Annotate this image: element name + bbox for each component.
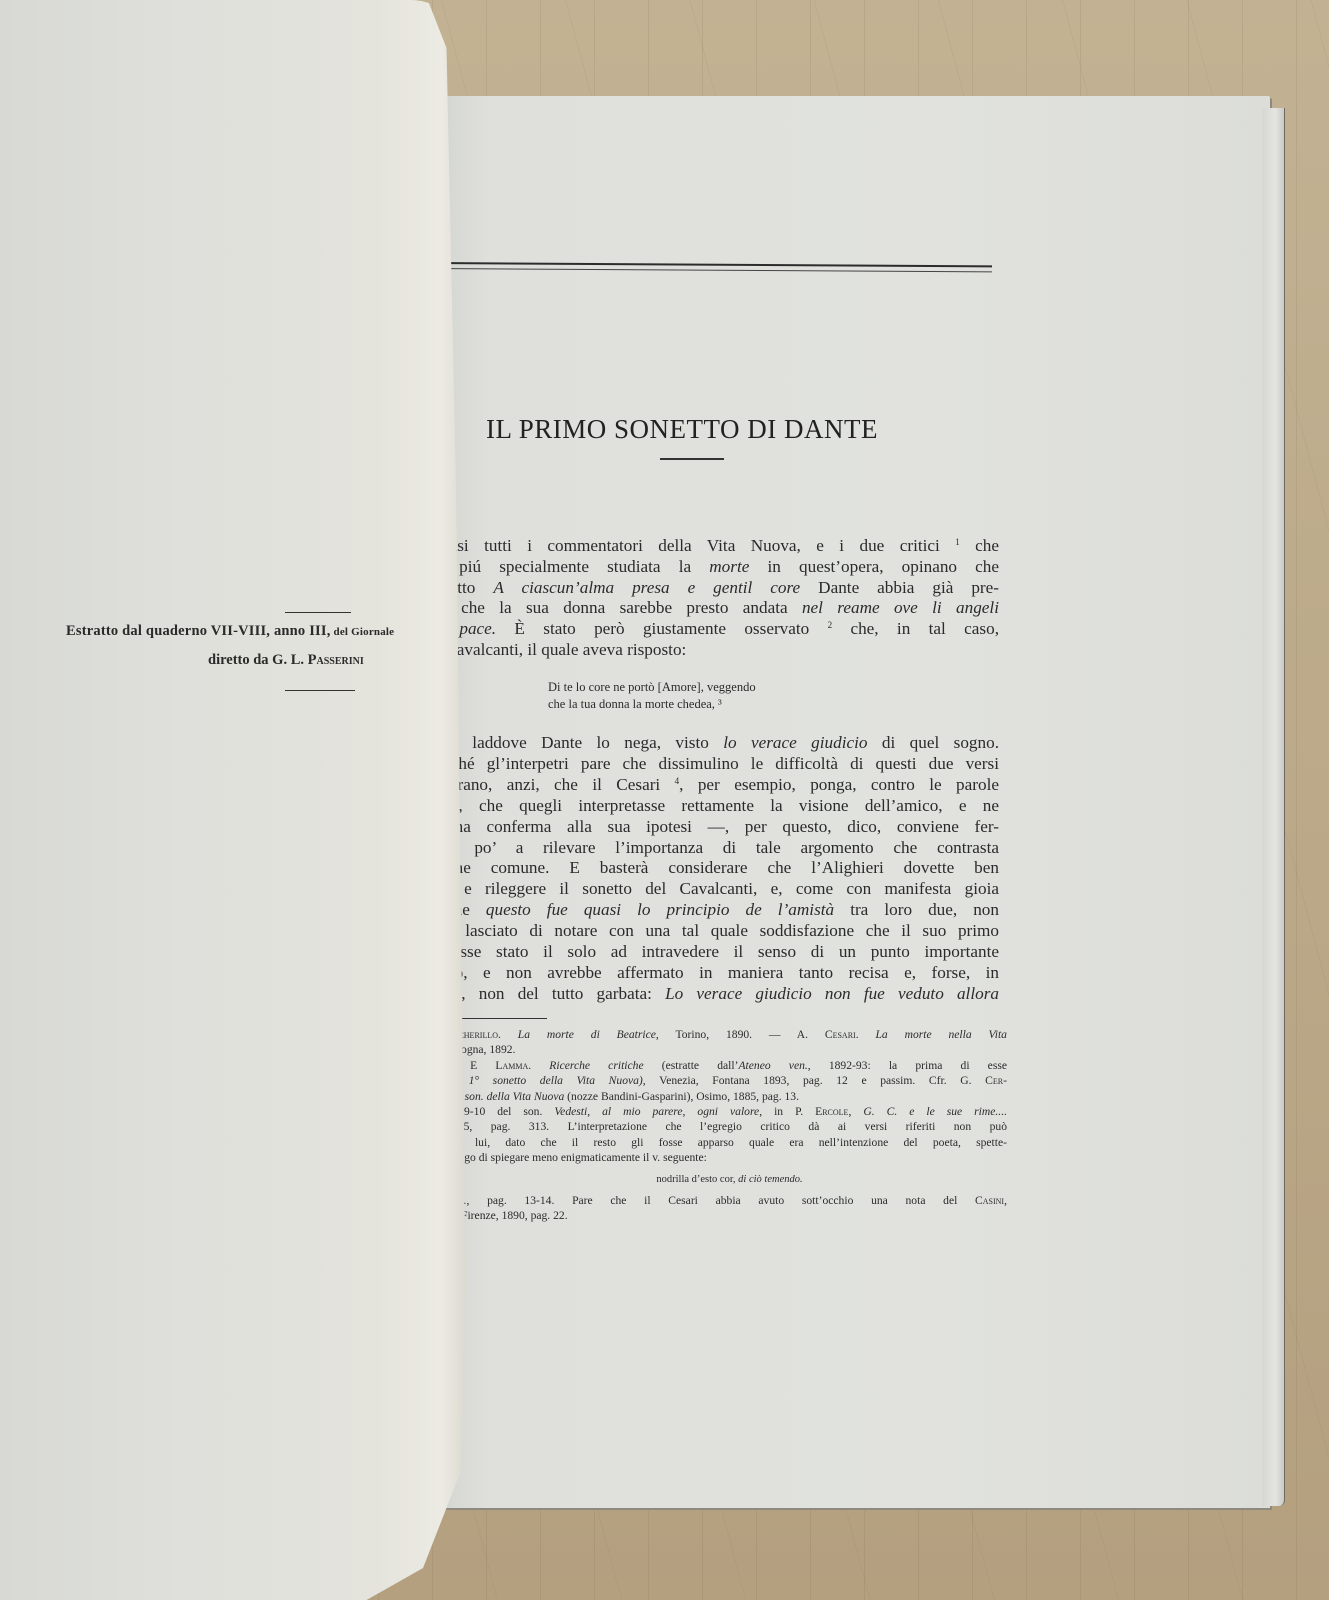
imprint-line-2: diretto da G. L. Passerini [208, 652, 364, 669]
text-line: no, e non avrebbe affermato in maniera t… [446, 963, 999, 984]
imprint-editor: Passerini [308, 652, 364, 668]
footnote-line: Scherillo. La morte di Beatrice, Torino,… [452, 1027, 1007, 1042]
text-line: n po’ a rilevare l’importanza di tale ar… [446, 838, 999, 859]
text-line: · che la sua donna sarebbe presto andata… [441, 598, 999, 619]
imprint-line-1: Estratto dal quaderno VII-VIII, anno III… [66, 623, 394, 640]
footnote-line: cit., pag. 13-14. Pare che il Cesari abb… [452, 1193, 1007, 1208]
footnote-line: E Lamma. Ricerche critiche (estratte dal… [452, 1058, 1007, 1073]
right-page-edge [1262, 108, 1285, 1506]
paragraph-1: uasi tutti i commentatori della Vita Nuo… [441, 536, 999, 661]
title-rule [660, 458, 724, 460]
verse-line: Di te lo core ne portò [Amore], veggendo [548, 679, 756, 696]
footnote-line: ’ 1° sonetto della Vita Nuova), Venezia,… [452, 1073, 1007, 1088]
paragraph-2: e, laddove Dante lo nega, visto lo verac… [446, 733, 999, 1005]
text-line: che questo fue quasi lo principio de l’a… [446, 900, 999, 921]
footnote-line: 885, pag. 313. L’interpretazione che l’e… [452, 1119, 1007, 1134]
page-title: IL PRIMO SONETTO DI DANTE [486, 414, 878, 445]
left-page [0, 0, 470, 1600]
text-line: iché gl’interpetri pare che dissimulino … [446, 754, 999, 775]
footnote-verse: nodrilla d’esto cor, di ciò temendo. [452, 1166, 1007, 1193]
footnote-rule [455, 1018, 547, 1019]
text-line: una conferma alla sua ipotesi —, per que… [446, 817, 999, 838]
text-line: : e rileggere il sonetto del Cavalcanti,… [446, 879, 999, 900]
text-line: pace. È stato però giustamente osservato… [441, 619, 999, 640]
text-line: strano, anzi, che il Cesari 4, per esemp… [446, 775, 999, 796]
imprint-tail: del Giornale [331, 626, 395, 638]
verse-line: che la tua donna la morte chedea, ³ [548, 696, 756, 713]
text-line: netto A ciascun’alma presa e gentil core… [441, 578, 999, 599]
footnote-line: ologna, 1892. [452, 1042, 1007, 1057]
imprint-rule-bottom [285, 690, 355, 691]
text-line: te, che quegli interpretasse rettamente … [446, 796, 999, 817]
text-line: one comune. E basterà considerare che l’… [446, 858, 999, 879]
footnotes: Scherillo. La morte di Beatrice, Torino,… [452, 1027, 1007, 1224]
text-line: so, non del tutto garbata: Lo verace giu… [446, 984, 999, 1005]
text-line: e, laddove Dante lo nega, visto lo verac… [446, 733, 999, 754]
text-line: e lasciato di notare con una tal quale s… [446, 921, 999, 942]
quoted-verse: Di te lo core ne portò [Amore], veggendo… [548, 679, 756, 713]
footnote-line: oligo di spiegare meno enigmaticamente i… [452, 1150, 1007, 1165]
imprint-rule-top [285, 612, 351, 613]
text-line: uasi tutti i commentatori della Vita Nuo… [441, 536, 999, 557]
footnote-line: ı, Firenze, 1890, pag. 22. [452, 1208, 1007, 1223]
text-line: fosse stato il solo ad intravedere il se… [446, 942, 999, 963]
text-line: piú specialmente studiata la morte in qu… [441, 557, 999, 578]
text-line: Cavalcanti, il quale aveva risposto: [441, 640, 999, 661]
footnote-line: 9-10 del son. Vedesti, al mio parere, og… [452, 1104, 1007, 1119]
imprint-main: Estratto dal quaderno VII-VIII, anno III… [66, 623, 331, 639]
footnote-line: A lui, dato che il resto gli fosse appar… [452, 1135, 1007, 1150]
imprint-prefix: diretto da G. L. [208, 652, 308, 668]
footnote-line: ’ I son. della Vita Nuova (nozze Bandini… [452, 1089, 1007, 1104]
